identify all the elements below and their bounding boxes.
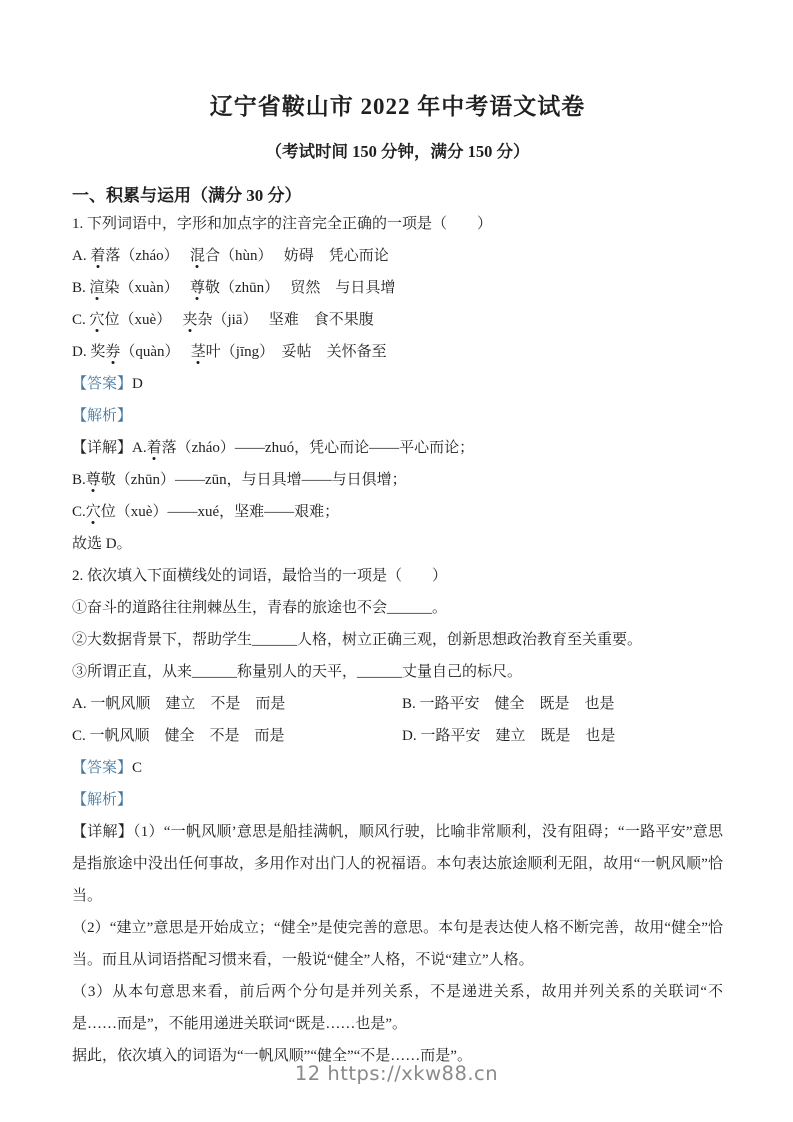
text-segment: C.: [72, 504, 86, 520]
text-segment: A.: [72, 248, 90, 264]
emphasis-dotted-char: 尊: [86, 472, 101, 488]
text-segment: （quàn）: [120, 344, 190, 360]
q1-analysis-label: 【解析】: [72, 400, 723, 432]
section-heading: 一、积累与运用（满分 30 分）: [72, 181, 723, 206]
text-segment: 落（zháo）——zhuó，凭心而论——平心而论；: [162, 440, 474, 456]
q2-option-b: B. 一路平安 健全 既是 也是: [402, 688, 723, 720]
q2-sub-item-1: ①奋斗的道路往往荆棘丛生，青春的旅途也不会______。: [72, 592, 723, 624]
text-segment: B.: [72, 280, 90, 296]
page-footer-url: 12 https://xkw88.cn: [0, 1062, 793, 1085]
q2-option-c: C. 一帆风顺 健全 不是 而是: [72, 720, 402, 752]
q1-option-c: C. 穴位（xuè） 夹杂（jiā） 坚难 食不果腹: [72, 304, 723, 336]
q1-detail-line-a: 【详解】A.着落（zháo）——zhuó，凭心而论——平心而论；: [72, 432, 723, 464]
emphasis-dotted-char: 券: [105, 344, 120, 360]
q2-options-row-1: A. 一帆风顺 建立 不是 而是 B. 一路平安 健全 既是 也是: [72, 688, 723, 720]
text-segment: 敬（zhūn） 贸然 与日具增: [205, 280, 395, 296]
q2-detail-paragraph-1: 【详解】（1）“一帆风顺’意思是船挂满帆，顺风行驶，比喻非常顺利，没有阻碍；“一…: [72, 816, 723, 912]
q2-option-d: D. 一路平安 建立 既是 也是: [402, 720, 723, 752]
emphasis-dotted-char: 夹: [182, 312, 197, 328]
q2-answer-value: C: [132, 760, 142, 776]
q2-option-a: A. 一帆风顺 建立 不是 而是: [72, 688, 402, 720]
text-segment: 杂（jiā） 坚难 食不果腹: [197, 312, 373, 328]
q2-options-row-2: C. 一帆风顺 健全 不是 而是 D. 一路平安 建立 既是 也是: [72, 720, 723, 752]
q1-option-b: B. 渲染（xuàn） 尊敬（zhūn） 贸然 与日具增: [72, 272, 723, 304]
text-segment: 位（xuè）: [105, 312, 183, 328]
text-segment: D. 奖: [72, 344, 105, 360]
text-segment: 合（hùn） 妨碍 凭心而论: [205, 248, 389, 264]
emphasis-dotted-char: 尊: [190, 280, 205, 296]
emphasis-dotted-char: 穴: [90, 312, 105, 328]
text-segment: 敬（zhūn）——zūn，与日具增——与日俱增；: [101, 472, 407, 488]
emphasis-dotted-char: 着: [147, 440, 162, 456]
q2-analysis-label: 【解析】: [72, 784, 723, 816]
q1-option-d: D. 奖券（quàn） 茎叶（jīng） 妥帖 关怀备至: [72, 336, 723, 368]
emphasis-dotted-char: 渲: [90, 280, 105, 296]
q1-answer-line: 【答案】D: [72, 368, 723, 400]
text-segment: B.: [72, 472, 86, 488]
emphasis-dotted-char: 混: [190, 248, 205, 264]
text-segment: C.: [72, 312, 90, 328]
text-segment: 落（zháo）: [105, 248, 190, 264]
q2-sub-item-2: ②大数据背景下，帮助学生______人格，树立正确三观，创新思想政治教育至关重要…: [72, 624, 723, 656]
q2-answer-line: 【答案】C: [72, 752, 723, 784]
q1-answer-label: 【答案】: [72, 376, 132, 392]
q2-detail-paragraph-3: （3）从本句意思来看，前后两个分句是并列关系，不是递进关系，故用并列关系的关联词…: [72, 976, 723, 1040]
q1-conclusion: 故选 D。: [72, 528, 723, 560]
paper-subtitle: （考试时间 150 分钟，满分 150 分）: [72, 138, 723, 162]
text-segment: 位（xuè）——xué，坚难——艰难；: [101, 504, 339, 520]
emphasis-dotted-char: 茎: [191, 344, 206, 360]
q2-detail-paragraph-2: （2）“建立”意思是开始成立；“健全”是使完善的意思。本句是表达使人格不断完善，…: [72, 912, 723, 976]
q1-answer-value: D: [132, 376, 143, 392]
q1-option-a: A. 着落（zháo） 混合（hùn） 妨碍 凭心而论: [72, 240, 723, 272]
paper-title: 辽宁省鞍山市 2022 年中考语文试卷: [72, 88, 723, 121]
q1-stem: 1. 下列词语中，字形和加点字的注音完全正确的一项是（ ）: [72, 208, 723, 240]
q2-sub-item-3: ③所谓正直，从来______称量别人的天平，______丈量自己的标尺。: [72, 656, 723, 688]
emphasis-dotted-char: 穴: [86, 504, 101, 520]
text-segment: 染（xuàn）: [105, 280, 190, 296]
q2-stem: 2. 依次填入下面横线处的词语，最恰当的一项是（ ）: [72, 560, 723, 592]
exam-paper-page: 辽宁省鞍山市 2022 年中考语文试卷 （考试时间 150 分钟，满分 150 …: [0, 0, 793, 1122]
text-segment: 【详解】A.: [72, 440, 147, 456]
emphasis-dotted-char: 着: [90, 248, 105, 264]
q1-detail-line-c: C.穴位（xuè）——xué，坚难——艰难；: [72, 496, 723, 528]
q2-answer-label: 【答案】: [72, 760, 132, 776]
text-segment: 叶（jīng） 妥帖 关怀备至: [206, 344, 387, 360]
q1-detail-line-b: B.尊敬（zhūn）——zūn，与日具增——与日俱增；: [72, 464, 723, 496]
